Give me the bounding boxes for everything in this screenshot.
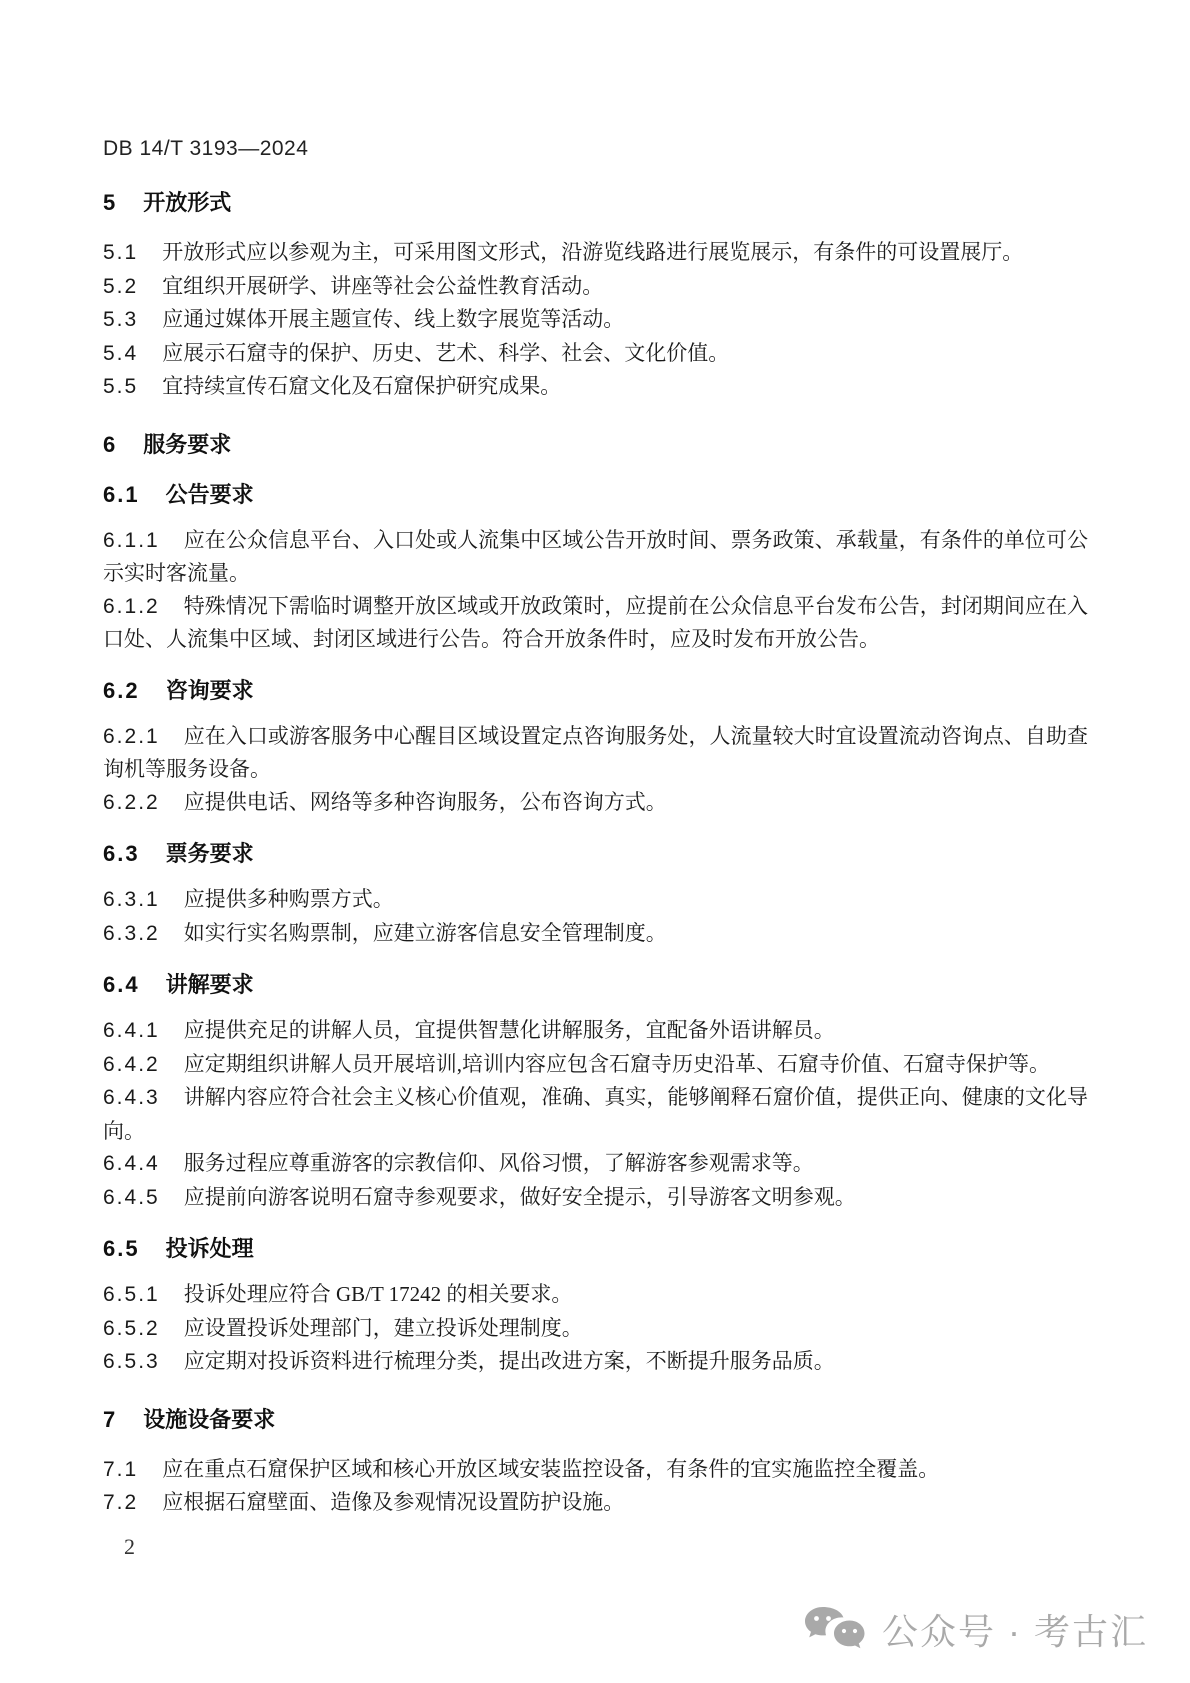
clause-text: 应展示石窟寺的保护、历史、艺术、科学、社会、文化价值。 [162, 341, 729, 365]
clause-6.1.2: 6.1.2特殊情况下需临时调整开放区域或开放政策时，应提前在公众信息平台发布公告… [103, 590, 1088, 656]
section-title: 咨询要求 [166, 678, 254, 703]
clause-text: 应在公众信息平台、入口处或人流集中区域公告开放时间、票务政策、承载量，有条件的单… [103, 528, 1088, 586]
clause-number: 6.3.1 [103, 888, 160, 911]
section-title: 设施设备要求 [143, 1407, 275, 1432]
clause-text: 应设置投诉处理部门，建立投诉处理制度。 [184, 1316, 583, 1340]
clause-number: 5.5 [103, 375, 138, 398]
section-heading-6.3: 6.3票务要求 [103, 839, 1088, 869]
clause-text: 应定期组织讲解人员开展培训,培训内容应包含石窟寺历史沿革、石窟寺价值、石窟寺保护… [184, 1052, 1050, 1076]
clause-number: 6.4.5 [103, 1186, 160, 1209]
clause-text: 应提供多种购票方式。 [184, 887, 394, 911]
clause-text: 如实行实名购票制，应建立游客信息安全管理制度。 [184, 921, 667, 945]
clause-text: 讲解内容应符合社会主义核心价值观，准确、真实，能够阐释石窟价值，提供正向、健康的… [103, 1085, 1088, 1143]
clause-6.3.2: 6.3.2如实行实名购票制，应建立游客信息安全管理制度。 [103, 917, 1088, 951]
clause-number: 7.2 [103, 1491, 138, 1514]
clause-6.4.4: 6.4.4服务过程应尊重游客的宗教信仰、风俗习惯，了解游客参观需求等。 [103, 1147, 1088, 1181]
wechat-icon [804, 1605, 866, 1655]
section-heading-6.4: 6.4讲解要求 [103, 970, 1088, 1000]
clause-text: 宜持续宣传石窟文化及石窟保护研究成果。 [162, 374, 561, 398]
section-title: 开放形式 [143, 190, 231, 215]
clause-text: 开放形式应以参观为主，可采用图文形式，沿游览线路进行展览展示，有条件的可设置展厅… [162, 240, 1023, 264]
clause-number: 6.5.2 [103, 1317, 160, 1340]
section-heading-6.1: 6.1公告要求 [103, 480, 1088, 510]
clause-5.3: 5.3应通过媒体开展主题宣传、线上数字展览等活动。 [103, 303, 1088, 337]
clause-number: 6.2.1 [103, 725, 160, 748]
clause-text: 应在入口或游客服务中心醒目区域设置定点咨询服务处，人流量较大时宜设置流动咨询点、… [103, 724, 1088, 782]
clause-number: 6.4.2 [103, 1053, 160, 1076]
clause-5.1: 5.1开放形式应以参观为主，可采用图文形式，沿游览线路进行展览展示，有条件的可设… [103, 236, 1088, 270]
clause-text: 应根据石窟壁面、造像及参观情况设置防护设施。 [162, 1490, 624, 1514]
section-number: 7 [103, 1407, 117, 1432]
clause-5.2: 5.2宜组织开展研学、讲座等社会公益性教育活动。 [103, 270, 1088, 304]
section-heading-6.2: 6.2咨询要求 [103, 676, 1088, 706]
section-number: 6.2 [103, 678, 140, 703]
clause-number: 6.3.2 [103, 922, 160, 945]
section-number: 6.3 [103, 841, 140, 866]
section-title: 服务要求 [143, 432, 231, 457]
section-number: 5 [103, 190, 117, 215]
clause-number: 6.2.2 [103, 791, 160, 814]
clause-text: 服务过程应尊重游客的宗教信仰、风俗习惯，了解游客参观需求等。 [184, 1151, 814, 1175]
section-heading-6.5: 6.5投诉处理 [103, 1234, 1088, 1264]
clause-7.2: 7.2应根据石窟壁面、造像及参观情况设置防护设施。 [103, 1486, 1088, 1520]
section-number: 6.4 [103, 972, 140, 997]
clause-text: 特殊情况下需临时调整开放区域或开放政策时，应提前在公众信息平台发布公告，封闭期间… [103, 594, 1088, 652]
section-heading-7: 7设施设备要求 [103, 1405, 1088, 1435]
clause-text: 应定期对投诉资料进行梳理分类，提出改进方案，不断提升服务品质。 [184, 1349, 835, 1373]
clause-6.2.2: 6.2.2应提供电话、网络等多种咨询服务，公布咨询方式。 [103, 786, 1088, 820]
clause-number: 5.1 [103, 241, 138, 264]
clause-6.4.1: 6.4.1应提供充足的讲解人员，宜提供智慧化讲解服务，宜配备外语讲解员。 [103, 1014, 1088, 1048]
clause-number: 6.4.1 [103, 1019, 160, 1042]
clause-number: 6.5.3 [103, 1350, 160, 1373]
clause-text: 应提前向游客说明石窟寺参观要求，做好安全提示，引导游客文明参观。 [184, 1185, 856, 1209]
clause-number: 6.1.2 [103, 595, 160, 618]
clause-number: 6.1.1 [103, 529, 160, 552]
section-title: 票务要求 [166, 841, 254, 866]
clause-6.1.1: 6.1.1应在公众信息平台、入口处或人流集中区域公告开放时间、票务政策、承载量，… [103, 524, 1088, 590]
clause-number: 7.1 [103, 1458, 138, 1481]
clause-text: 应在重点石窟保护区域和核心开放区域安装监控设备，有条件的宜实施监控全覆盖。 [162, 1457, 939, 1481]
clause-7.1: 7.1应在重点石窟保护区域和核心开放区域安装监控设备，有条件的宜实施监控全覆盖。 [103, 1453, 1088, 1487]
clause-number: 6.5.1 [103, 1283, 160, 1306]
clause-5.4: 5.4应展示石窟寺的保护、历史、艺术、科学、社会、文化价值。 [103, 337, 1088, 371]
clause-6.4.5: 6.4.5应提前向游客说明石窟寺参观要求，做好安全提示，引导游客文明参观。 [103, 1181, 1088, 1215]
clause-6.3.1: 6.3.1应提供多种购票方式。 [103, 883, 1088, 917]
document-body: 5开放形式5.1开放形式应以参观为主，可采用图文形式，沿游览线路进行展览展示，有… [103, 188, 1088, 1520]
clause-6.4.2: 6.4.2应定期组织讲解人员开展培训,培训内容应包含石窟寺历史沿革、石窟寺价值、… [103, 1048, 1088, 1082]
page-content: DB 14/T 3193—2024 5开放形式5.1开放形式应以参观为主，可采用… [103, 136, 1088, 1520]
clause-6.4.3: 6.4.3讲解内容应符合社会主义核心价值观，准确、真实，能够阐释石窟价值，提供正… [103, 1081, 1088, 1147]
section-number: 6.5 [103, 1236, 140, 1261]
clause-number: 5.4 [103, 342, 138, 365]
clause-6.5.1: 6.5.1投诉处理应符合 GB/T 17242 的相关要求。 [103, 1278, 1088, 1312]
clause-number: 6.4.4 [103, 1152, 160, 1175]
standard-code-header: DB 14/T 3193—2024 [103, 136, 1088, 162]
clause-text: 应提供充足的讲解人员，宜提供智慧化讲解服务，宜配备外语讲解员。 [184, 1018, 835, 1042]
clause-6.5.3: 6.5.3应定期对投诉资料进行梳理分类，提出改进方案，不断提升服务品质。 [103, 1345, 1088, 1379]
section-number: 6 [103, 432, 117, 457]
section-title: 投诉处理 [166, 1236, 254, 1261]
clause-text: 投诉处理应符合 GB/T 17242 的相关要求。 [184, 1282, 573, 1306]
clause-number: 6.4.3 [103, 1086, 160, 1109]
clause-6.2.1: 6.2.1应在入口或游客服务中心醒目区域设置定点咨询服务处，人流量较大时宜设置流… [103, 720, 1088, 786]
section-heading-5: 5开放形式 [103, 188, 1088, 218]
clause-number: 5.2 [103, 275, 138, 298]
document-page: DB 14/T 3193—2024 5开放形式5.1开放形式应以参观为主，可采用… [0, 0, 1190, 1683]
section-number: 6.1 [103, 482, 140, 507]
clause-6.5.2: 6.5.2应设置投诉处理部门，建立投诉处理制度。 [103, 1312, 1088, 1346]
watermark-label: 公众号 · 考古汇 [882, 1604, 1148, 1655]
clause-text: 应提供电话、网络等多种咨询服务，公布咨询方式。 [184, 790, 667, 814]
section-heading-6: 6服务要求 [103, 430, 1088, 460]
section-title: 公告要求 [166, 482, 254, 507]
page-number: 2 [124, 1534, 135, 1560]
clause-text: 宜组织开展研学、讲座等社会公益性教育活动。 [162, 274, 603, 298]
section-title: 讲解要求 [166, 972, 254, 997]
clause-text: 应通过媒体开展主题宣传、线上数字展览等活动。 [162, 307, 624, 331]
clause-number: 5.3 [103, 308, 138, 331]
watermark: 公众号 · 考古汇 [804, 1604, 1148, 1655]
clause-5.5: 5.5宜持续宣传石窟文化及石窟保护研究成果。 [103, 370, 1088, 404]
